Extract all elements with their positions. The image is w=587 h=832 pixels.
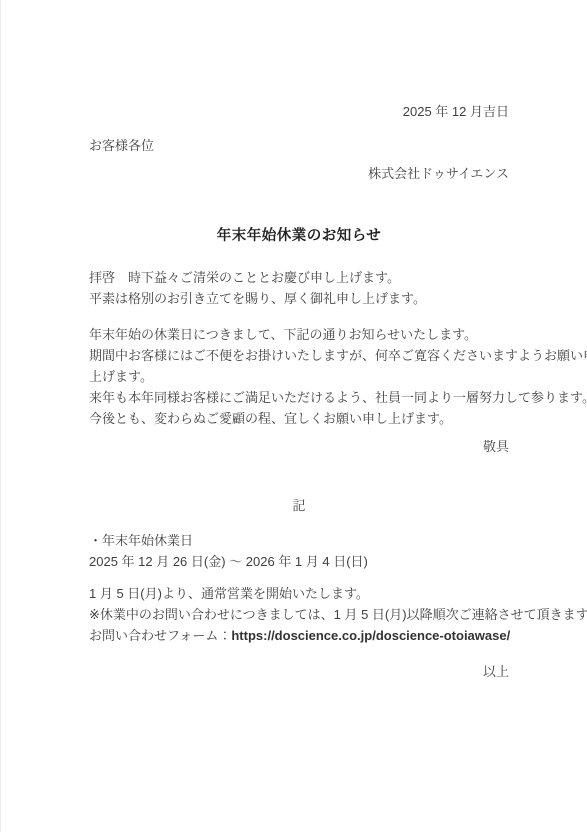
holiday-label: ・年末年始休業日 [89,530,509,551]
note-line: 1 月 5 日(月)より、通常営業を開始いたします。 [89,583,509,604]
letter-recipient: お客様各位 [89,135,509,156]
holiday-section: ・年末年始休業日 2025 年 12 月 26 日(金) ～ 2026 年 1 … [89,530,509,572]
letter-sender: 株式会社ドゥサイエンス [89,163,509,184]
body-line: 年末年始の休業日につきまして、下記の通りお知らせいたします。 [89,324,509,345]
letter-date: 2025 年 12 月吉日 [89,101,509,122]
greeting-paragraph: 拝啓 時下益々ご清栄のこととお慶び申し上げます。 平素は格別のお引き立てを賜り、… [89,267,509,309]
note-line: ※休業中のお問い合わせにつきましては、1 月 5 日(月)以降順次ご連絡させて頂… [89,604,509,625]
greeting-line: 拝啓 時下益々ご清栄のこととお慶び申し上げます。 [89,267,509,288]
body-line: 今後とも、変わらぬご愛顧の程、宜しくお願い申し上げます。 [89,408,509,429]
holiday-period: 2025 年 12 月 26 日(金) ～ 2026 年 1 月 4 日(日) [89,551,509,572]
body-line: 期間中お客様にはご不便をお掛けいたしますが、何卒ご寛容くださいますようお願い申し [89,345,509,366]
greeting-line: 平素は格別のお引き立てを賜り、厚く御礼申し上げます。 [89,288,509,309]
contact-url[interactable]: https://doscience.co.jp/doscience-otoiaw… [231,628,510,643]
record-marker: 記 [89,495,509,516]
end-marker: 以上 [89,661,509,682]
letter-title: 年末年始休業のお知らせ [89,226,509,247]
letter-closing: 敬具 [89,436,509,457]
contact-line: お問い合わせフォーム：https://doscience.co.jp/dosci… [89,625,509,646]
body-line: 上げます。 [89,366,509,387]
body-paragraph: 年末年始の休業日につきまして、下記の通りお知らせいたします。 期間中お客様にはご… [89,324,509,429]
body-line: 来年も本年同様お客様にご満足いただけるよう、社員一同より一層努力して参ります。 [89,387,509,408]
notes-section: 1 月 5 日(月)より、通常営業を開始いたします。 ※休業中のお問い合わせにつ… [89,583,509,646]
letter-page: 2025 年 12 月吉日 お客様各位 株式会社ドゥサイエンス 年末年始休業のお… [0,0,587,832]
contact-label: お問い合わせフォーム： [89,628,231,643]
